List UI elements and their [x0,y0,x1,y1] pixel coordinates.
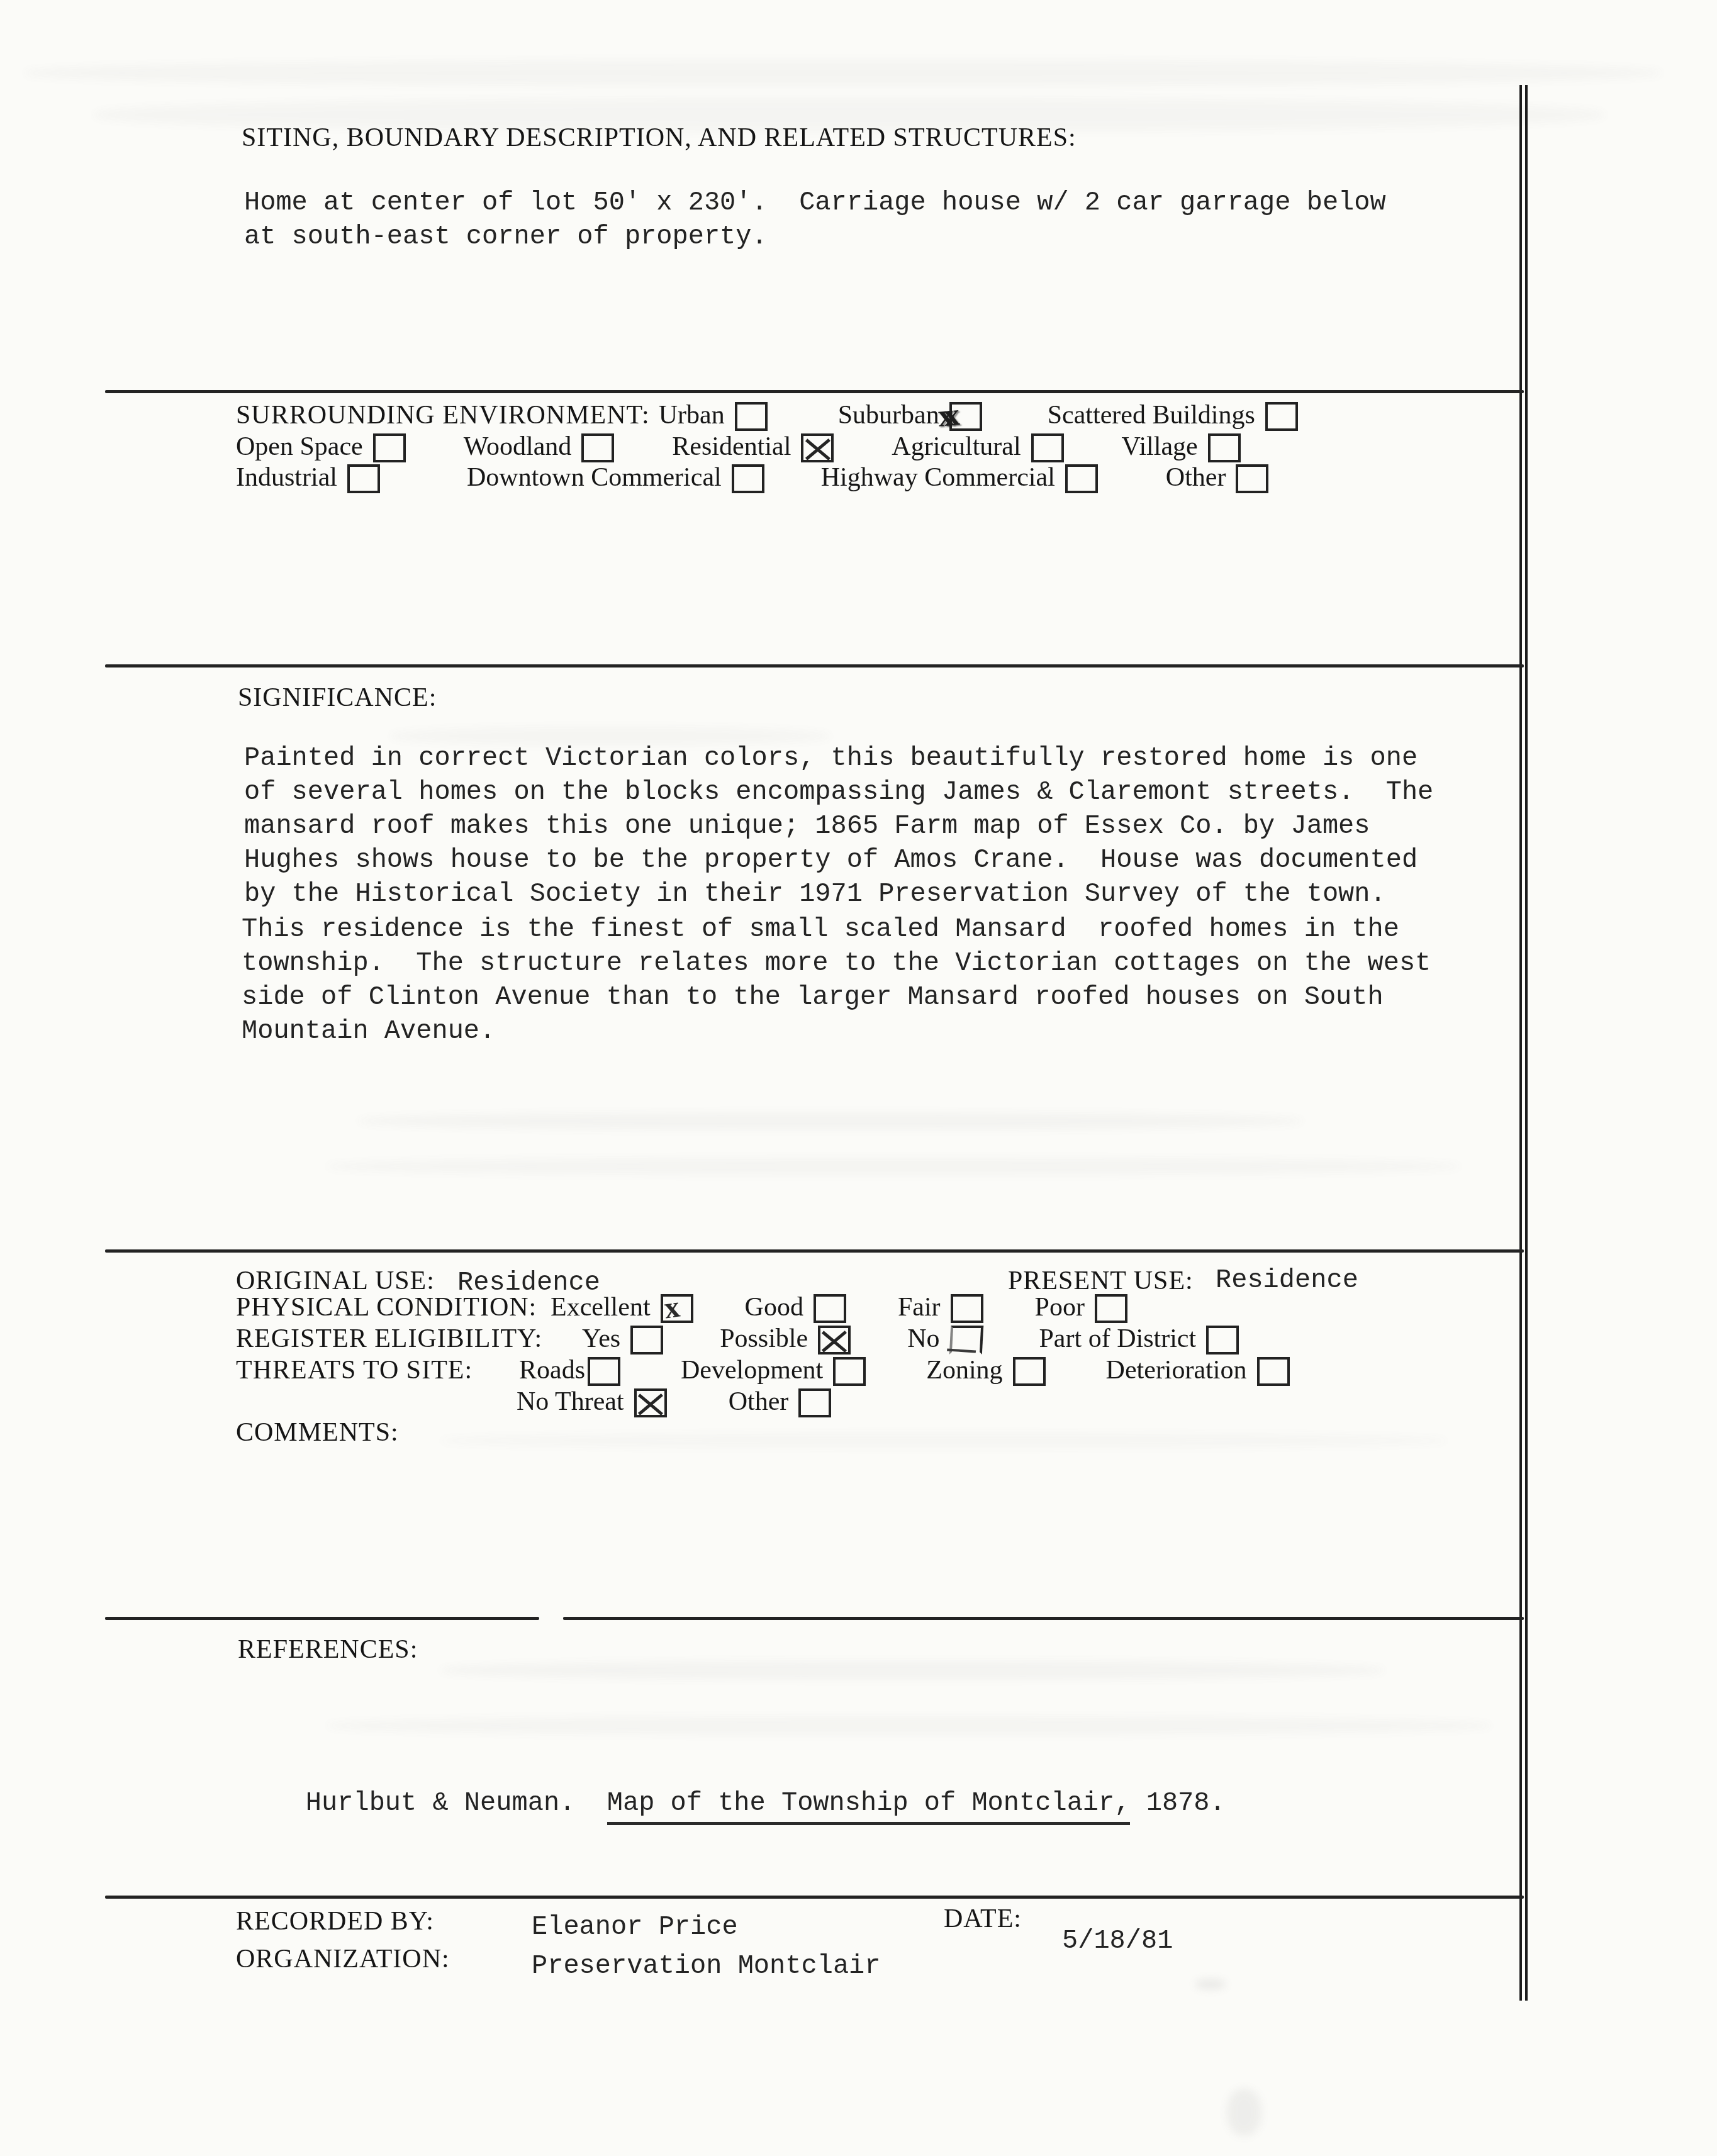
surrounding-environment-label: SURROUNDING ENVIRONMENT: [236,400,650,430]
urban-checkbox[interactable] [735,402,768,431]
development-label: Development [681,1355,823,1385]
checkbox-item-downtown-commerical: Downtown Commerical [467,462,764,493]
significance-paragraph-1: Painted in correct Victorian colors, thi… [244,741,1433,911]
no-checkbox[interactable] [949,1326,983,1354]
checkbox-item-no-threat: No Threat [517,1387,667,1417]
scan-artifact [359,1112,1302,1130]
register-eligibility-row: REGISTER ELIGIBILITY: YesPossibleNoPart … [236,1321,1532,1356]
deterioration-checkbox[interactable] [1257,1357,1290,1386]
checkbox-item-excellent: Excellent [551,1292,693,1322]
no-threat-row: No ThreatOther [236,1384,1717,1419]
checkbox-item-woodland: Woodland [464,432,615,462]
checkbox-item-yes: Yes [582,1324,663,1354]
section-divider [105,1249,1524,1253]
checkbox-item-other: Other [729,1387,832,1417]
other-label: Other [729,1387,789,1417]
scattered-buildings-label: Scattered Buildings [1048,400,1255,430]
scan-artifact [327,1716,1491,1735]
date-label: DATE: [944,1904,1022,1934]
significance-section-title: SIGNIFICANCE: [238,683,437,713]
checkbox-item-suburban: Suburban [838,400,982,430]
development-checkbox[interactable] [833,1357,866,1386]
checkbox-item-scattered-buildings: Scattered Buildings [1048,400,1298,430]
citation-year: 1878. [1130,1788,1225,1818]
organization-value: Preservation Montclair [532,1949,881,1983]
excellent-label: Excellent [551,1292,651,1322]
deterioration-label: Deterioration [1106,1355,1247,1385]
poor-label: Poor [1035,1292,1085,1322]
page-edge-line [1519,85,1522,2001]
citation-author: Hurlbut & Neuman. [306,1788,607,1818]
checkbox-item-fair: Fair [898,1292,983,1322]
physical-condition-row: PHYSICAL CONDITION: ExcellentGoodFairPoo… [236,1290,1532,1325]
checkbox-item-development: Development [681,1355,866,1385]
section-divider [105,1896,1524,1899]
physical-condition-label: PHYSICAL CONDITION: [236,1292,514,1322]
checkbox-item-urban: Urban [659,400,768,430]
checkbox-item-zoning: Zoning [926,1355,1045,1385]
checkbox-item-part-of-district: Part of District [1039,1324,1239,1354]
village-checkbox[interactable] [1208,433,1241,462]
fair-checkbox[interactable] [951,1294,983,1323]
urban-label: Urban [659,400,725,430]
agricultural-checkbox[interactable] [1031,433,1064,462]
scan-artifact [440,1433,1447,1448]
section-divider [105,1617,539,1620]
checkbox-item-no: No [907,1324,982,1354]
scan-artifact [1227,2089,1261,2136]
poor-checkbox[interactable] [1095,1294,1127,1323]
part-of-district-label: Part of District [1039,1324,1197,1354]
residential-label: Residential [672,432,791,462]
possible-label: Possible [720,1324,808,1354]
register-eligibility-label: REGISTER ELIGIBILITY: [236,1324,527,1354]
section-divider [105,664,1524,667]
woodland-checkbox[interactable] [581,433,614,462]
references-section-title: REFERENCES: [238,1634,418,1665]
checkbox-item-agricultural: Agricultural [892,432,1063,462]
possible-checkbox[interactable] [818,1326,851,1354]
reference-citation: Hurlbut & Neuman. Map of the Township of… [242,1752,1226,1854]
environment-row-1: SURROUNDING ENVIRONMENT: UrbanSuburbanSc… [236,398,1532,433]
comments-label: COMMENTS: [236,1417,399,1448]
checkbox-item-residential: Residential [672,432,834,462]
scan-artifact [440,1661,1384,1680]
other-label: Other [1166,462,1226,493]
open-space-label: Open Space [236,432,363,462]
citation-title-underlined: Map of the Township of Montclair, [607,1788,1131,1825]
scan-artifact [1195,1979,1226,1989]
organization-label: ORGANIZATION: [236,1944,450,1974]
checkbox-item-other: Other [1166,462,1269,493]
scan-artifact [25,60,1661,86]
checkbox-item-industrial: Industrial [236,462,380,493]
highway-commercial-checkbox[interactable] [1065,464,1098,493]
checkbox-item-roads: Roads [519,1355,620,1385]
checkbox-item-poor: Poor [1035,1292,1127,1322]
zoning-label: Zoning [926,1355,1002,1385]
recorded-by-label: RECORDED BY: [236,1906,434,1936]
checkbox-item-possible: Possible [720,1324,851,1354]
threats-to-site-row: THREATS TO SITE: RoadsDevelopmentZoningD… [236,1353,1532,1388]
checkbox-item-village: Village [1122,432,1241,462]
highway-commercial-label: Highway Commercial [821,462,1055,493]
part-of-district-checkbox[interactable] [1206,1326,1239,1354]
section-divider [105,390,1524,393]
yes-label: Yes [582,1324,620,1354]
suburban-label: Suburban [838,400,939,430]
scan-artifact [327,1158,1460,1175]
downtown-commerical-label: Downtown Commerical [467,462,722,493]
yes-checkbox[interactable] [630,1326,663,1354]
recorded-by-value: Eleanor Price [532,1910,738,1944]
significance-paragraph-2: This residence is the finest of small sc… [242,912,1431,1048]
downtown-commerical-checkbox[interactable] [732,464,764,493]
residential-checkbox[interactable] [801,433,834,462]
checkbox-item-good: Good [745,1292,846,1322]
good-label: Good [745,1292,803,1322]
industrial-label: Industrial [236,462,337,493]
checkbox-item-deterioration: Deterioration [1106,1355,1290,1385]
scattered-buildings-checkbox[interactable] [1265,402,1298,431]
roads-label: Roads [519,1355,585,1385]
environment-row-2: Open SpaceWoodlandResidentialAgricultura… [236,429,1532,464]
excellent-checkbox[interactable] [661,1294,693,1323]
other-checkbox[interactable] [798,1388,831,1417]
no-threat-checkbox[interactable] [634,1388,667,1417]
checkbox-item-open-space: Open Space [236,432,406,462]
good-checkbox[interactable] [814,1294,846,1323]
section-divider [563,1617,1524,1620]
village-label: Village [1122,432,1198,462]
date-value: 5/18/81 [1062,1924,1173,1958]
fair-label: Fair [898,1292,941,1322]
suburban-checkbox[interactable] [949,402,982,431]
open-space-checkbox[interactable] [373,433,406,462]
roads-checkbox[interactable] [588,1357,620,1386]
agricultural-label: Agricultural [892,432,1021,462]
zoning-checkbox[interactable] [1013,1357,1046,1386]
woodland-label: Woodland [464,432,572,462]
siting-section-title: SITING, BOUNDARY DESCRIPTION, AND RELATE… [242,123,1077,153]
siting-description-text: Home at center of lot 50' x 230'. Carria… [244,186,1386,254]
page-edge-line [1525,85,1528,2001]
document-page: SITING, BOUNDARY DESCRIPTION, AND RELATE… [0,0,1717,2156]
industrial-checkbox[interactable] [347,464,380,493]
checkbox-item-highway-commercial: Highway Commercial [821,462,1098,493]
other-checkbox[interactable] [1236,464,1268,493]
threats-to-site-label: THREATS TO SITE: [236,1355,471,1385]
no-threat-label: No Threat [517,1387,624,1417]
no-label: No [907,1324,939,1354]
environment-row-3: IndustrialDowntown CommericalHighway Com… [236,460,1532,495]
